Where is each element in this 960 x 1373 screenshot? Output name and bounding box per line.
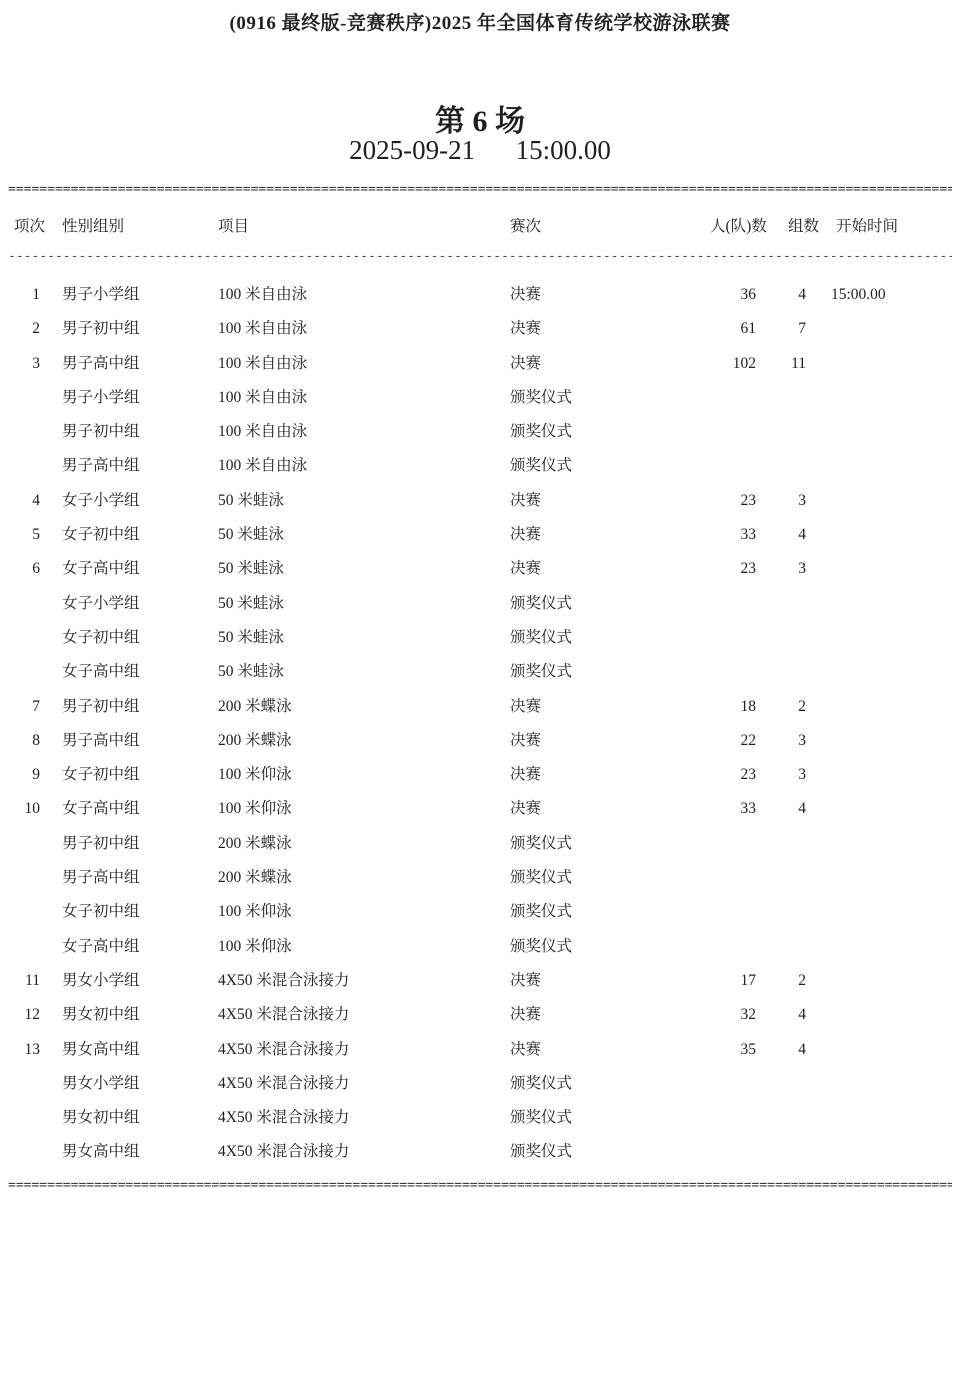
cell-gender-group: 男女高中组: [62, 1033, 140, 1067]
cell-round: 颁奖仪式: [510, 621, 572, 655]
table-row: 2 男子初中组 100 米自由泳 决赛 61 7: [0, 312, 960, 346]
header-gender-group: 性别组别: [62, 214, 124, 236]
table-row: 男子初中组 100 米自由泳 颁奖仪式: [0, 415, 960, 449]
cell-round: 决赛: [510, 278, 541, 312]
cell-heat-count: 2: [758, 690, 806, 724]
cell-gender-group: 男女初中组: [62, 1101, 140, 1135]
header-round: 赛次: [510, 214, 541, 236]
cell-participant-count: 32: [700, 998, 756, 1032]
cell-event: 200 米蝶泳: [218, 861, 292, 895]
cell-gender-group: 男女小学组: [62, 1067, 140, 1101]
table-row: 男子高中组 100 米自由泳 颁奖仪式: [0, 449, 960, 483]
cell-round: 决赛: [510, 1033, 541, 1067]
cell-heat-count: 11: [758, 347, 806, 381]
cell-event: 50 米蛙泳: [218, 655, 284, 689]
cell-round: 颁奖仪式: [510, 587, 572, 621]
cell-event: 100 米自由泳: [218, 312, 307, 346]
cell-item-no: 7: [12, 690, 40, 724]
header-start-time: 开始时间: [836, 214, 898, 236]
cell-gender-group: 男子小学组: [62, 278, 140, 312]
cell-event: 100 米自由泳: [218, 381, 307, 415]
table-row: 6 女子高中组 50 米蛙泳 决赛 23 3: [0, 552, 960, 586]
cell-participant-count: 33: [700, 518, 756, 552]
cell-heat-count: 4: [758, 998, 806, 1032]
cell-item-no: 5: [12, 518, 40, 552]
table-row: 女子小学组 50 米蛙泳 颁奖仪式: [0, 587, 960, 621]
separator-bottom: ========================================…: [8, 1179, 952, 1193]
cell-participant-count: 22: [700, 724, 756, 758]
cell-gender-group: 女子高中组: [62, 552, 140, 586]
cell-event: 50 米蛙泳: [218, 484, 284, 518]
cell-participant-count: 61: [700, 312, 756, 346]
cell-heat-count: 4: [758, 278, 806, 312]
cell-event: 200 米蝶泳: [218, 827, 292, 861]
cell-gender-group: 男子高中组: [62, 724, 140, 758]
separator-top: ========================================…: [8, 183, 952, 197]
cell-round: 颁奖仪式: [510, 827, 572, 861]
cell-participant-count: 23: [700, 484, 756, 518]
table-row: 11 男女小学组 4X50 米混合泳接力 决赛 17 2: [0, 964, 960, 998]
cell-participant-count: 102: [700, 347, 756, 381]
table-row: 女子高中组 50 米蛙泳 颁奖仪式: [0, 655, 960, 689]
cell-event: 50 米蛙泳: [218, 587, 284, 621]
cell-item-no: 1: [12, 278, 40, 312]
cell-participant-count: 18: [700, 690, 756, 724]
table-row: 7 男子初中组 200 米蝶泳 决赛 18 2: [0, 690, 960, 724]
table-header-row: 项次 性别组别 项目 赛次 人(队)数 组数 开始时间: [0, 214, 960, 236]
cell-item-no: 8: [12, 724, 40, 758]
table-row: 男子初中组 200 米蝶泳 颁奖仪式: [0, 827, 960, 861]
cell-heat-count: 3: [758, 758, 806, 792]
cell-participant-count: 33: [700, 792, 756, 826]
cell-gender-group: 男女初中组: [62, 998, 140, 1032]
cell-round: 决赛: [510, 964, 541, 998]
cell-event: 200 米蝶泳: [218, 724, 292, 758]
cell-event: 100 米自由泳: [218, 278, 307, 312]
session-title: 第 6 场: [0, 96, 960, 140]
cell-round: 颁奖仪式: [510, 415, 572, 449]
cell-event: 100 米自由泳: [218, 449, 307, 483]
table-row: 9 女子初中组 100 米仰泳 决赛 23 3: [0, 758, 960, 792]
cell-gender-group: 男子初中组: [62, 312, 140, 346]
cell-gender-group: 男女高中组: [62, 1135, 140, 1169]
cell-event: 4X50 米混合泳接力: [218, 1033, 349, 1067]
cell-round: 颁奖仪式: [510, 1067, 572, 1101]
cell-event: 50 米蛙泳: [218, 518, 284, 552]
cell-gender-group: 女子高中组: [62, 930, 140, 964]
cell-participant-count: 36: [700, 278, 756, 312]
cell-round: 颁奖仪式: [510, 895, 572, 929]
cell-gender-group: 女子初中组: [62, 895, 140, 929]
table-row: 5 女子初中组 50 米蛙泳 决赛 33 4: [0, 518, 960, 552]
cell-round: 颁奖仪式: [510, 655, 572, 689]
session-datetime: 2025-09-21 15:00.00: [0, 135, 960, 166]
cell-round: 决赛: [510, 347, 541, 381]
cell-event: 4X50 米混合泳接力: [218, 964, 349, 998]
cell-gender-group: 女子高中组: [62, 792, 140, 826]
cell-gender-group: 女子小学组: [62, 587, 140, 621]
cell-event: 4X50 米混合泳接力: [218, 998, 349, 1032]
cell-participant-count: 17: [700, 964, 756, 998]
cell-heat-count: 7: [758, 312, 806, 346]
cell-participant-count: 23: [700, 758, 756, 792]
cell-event: 4X50 米混合泳接力: [218, 1067, 349, 1101]
cell-heat-count: 3: [758, 724, 806, 758]
table-row: 女子初中组 100 米仰泳 颁奖仪式: [0, 895, 960, 929]
cell-event: 4X50 米混合泳接力: [218, 1101, 349, 1135]
cell-item-no: 13: [12, 1033, 40, 1067]
competition-schedule-page: (0916 最终版-竞赛秩序)2025 年全国体育传统学校游泳联赛 第 6 场 …: [0, 0, 960, 1373]
cell-event: 100 米仰泳: [218, 758, 292, 792]
cell-item-no: 4: [12, 484, 40, 518]
cell-participant-count: 23: [700, 552, 756, 586]
cell-item-no: 6: [12, 552, 40, 586]
cell-round: 决赛: [510, 552, 541, 586]
table-row: 13 男女高中组 4X50 米混合泳接力 决赛 35 4: [0, 1033, 960, 1067]
table-row: 4 女子小学组 50 米蛙泳 决赛 23 3: [0, 484, 960, 518]
cell-round: 颁奖仪式: [510, 449, 572, 483]
table-row: 女子高中组 100 米仰泳 颁奖仪式: [0, 930, 960, 964]
cell-event: 100 米自由泳: [218, 415, 307, 449]
cell-round: 决赛: [510, 518, 541, 552]
cell-gender-group: 男子高中组: [62, 861, 140, 895]
cell-event: 100 米仰泳: [218, 895, 292, 929]
cell-event: 50 米蛙泳: [218, 552, 284, 586]
cell-heat-count: 3: [758, 484, 806, 518]
cell-heat-count: 4: [758, 518, 806, 552]
cell-heat-count: 4: [758, 792, 806, 826]
cell-round: 颁奖仪式: [510, 930, 572, 964]
cell-event: 100 米仰泳: [218, 792, 292, 826]
table-row: 男女初中组 4X50 米混合泳接力 颁奖仪式: [0, 1101, 960, 1135]
cell-gender-group: 男子初中组: [62, 690, 140, 724]
table-row: 8 男子高中组 200 米蝶泳 决赛 22 3: [0, 724, 960, 758]
cell-heat-count: 4: [758, 1033, 806, 1067]
table-row: 10 女子高中组 100 米仰泳 决赛 33 4: [0, 792, 960, 826]
cell-round: 颁奖仪式: [510, 1135, 572, 1169]
schedule-rows: 1 男子小学组 100 米自由泳 决赛 36 4 15:00.00 2 男子初中…: [0, 278, 960, 1170]
cell-item-no: 9: [12, 758, 40, 792]
cell-gender-group: 女子小学组: [62, 484, 140, 518]
cell-gender-group: 女子初中组: [62, 621, 140, 655]
cell-gender-group: 女子高中组: [62, 655, 140, 689]
table-row: 3 男子高中组 100 米自由泳 决赛 102 11: [0, 347, 960, 381]
separator-under-header: ----------------------------------------…: [8, 250, 952, 264]
cell-event: 200 米蝶泳: [218, 690, 292, 724]
cell-heat-count: 3: [758, 552, 806, 586]
cell-heat-count: 2: [758, 964, 806, 998]
cell-gender-group: 女子初中组: [62, 758, 140, 792]
cell-round: 决赛: [510, 998, 541, 1032]
header-participant-count: 人(队)数: [710, 214, 767, 236]
cell-gender-group: 男子小学组: [62, 381, 140, 415]
header-item-no: 项次: [14, 214, 45, 236]
cell-round: 决赛: [510, 724, 541, 758]
cell-event: 50 米蛙泳: [218, 621, 284, 655]
cell-participant-count: 35: [700, 1033, 756, 1067]
cell-gender-group: 男女小学组: [62, 964, 140, 998]
cell-gender-group: 男子高中组: [62, 347, 140, 381]
cell-round: 决赛: [510, 792, 541, 826]
cell-event: 100 米仰泳: [218, 930, 292, 964]
cell-item-no: 11: [12, 964, 40, 998]
cell-item-no: 10: [12, 792, 40, 826]
table-row: 男子高中组 200 米蝶泳 颁奖仪式: [0, 861, 960, 895]
table-row: 男女高中组 4X50 米混合泳接力 颁奖仪式: [0, 1135, 960, 1169]
cell-round: 决赛: [510, 690, 541, 724]
cell-gender-group: 男子初中组: [62, 827, 140, 861]
cell-round: 颁奖仪式: [510, 1101, 572, 1135]
cell-round: 决赛: [510, 758, 541, 792]
cell-round: 颁奖仪式: [510, 861, 572, 895]
table-row: 12 男女初中组 4X50 米混合泳接力 决赛 32 4: [0, 998, 960, 1032]
cell-round: 决赛: [510, 484, 541, 518]
cell-round: 决赛: [510, 312, 541, 346]
cell-item-no: 12: [12, 998, 40, 1032]
cell-start-time: 15:00.00: [831, 278, 886, 312]
header-event: 项目: [218, 214, 249, 236]
table-row: 1 男子小学组 100 米自由泳 决赛 36 4 15:00.00: [0, 278, 960, 312]
table-row: 女子初中组 50 米蛙泳 颁奖仪式: [0, 621, 960, 655]
cell-item-no: 2: [12, 312, 40, 346]
cell-gender-group: 男子初中组: [62, 415, 140, 449]
cell-event: 100 米自由泳: [218, 347, 307, 381]
cell-event: 4X50 米混合泳接力: [218, 1135, 349, 1169]
cell-round: 颁奖仪式: [510, 381, 572, 415]
header-heat-count: 组数: [788, 214, 819, 236]
cell-gender-group: 女子初中组: [62, 518, 140, 552]
table-row: 男女小学组 4X50 米混合泳接力 颁奖仪式: [0, 1067, 960, 1101]
document-title: (0916 最终版-竞赛秩序)2025 年全国体育传统学校游泳联赛: [0, 8, 960, 35]
cell-gender-group: 男子高中组: [62, 449, 140, 483]
cell-item-no: 3: [12, 347, 40, 381]
table-row: 男子小学组 100 米自由泳 颁奖仪式: [0, 381, 960, 415]
